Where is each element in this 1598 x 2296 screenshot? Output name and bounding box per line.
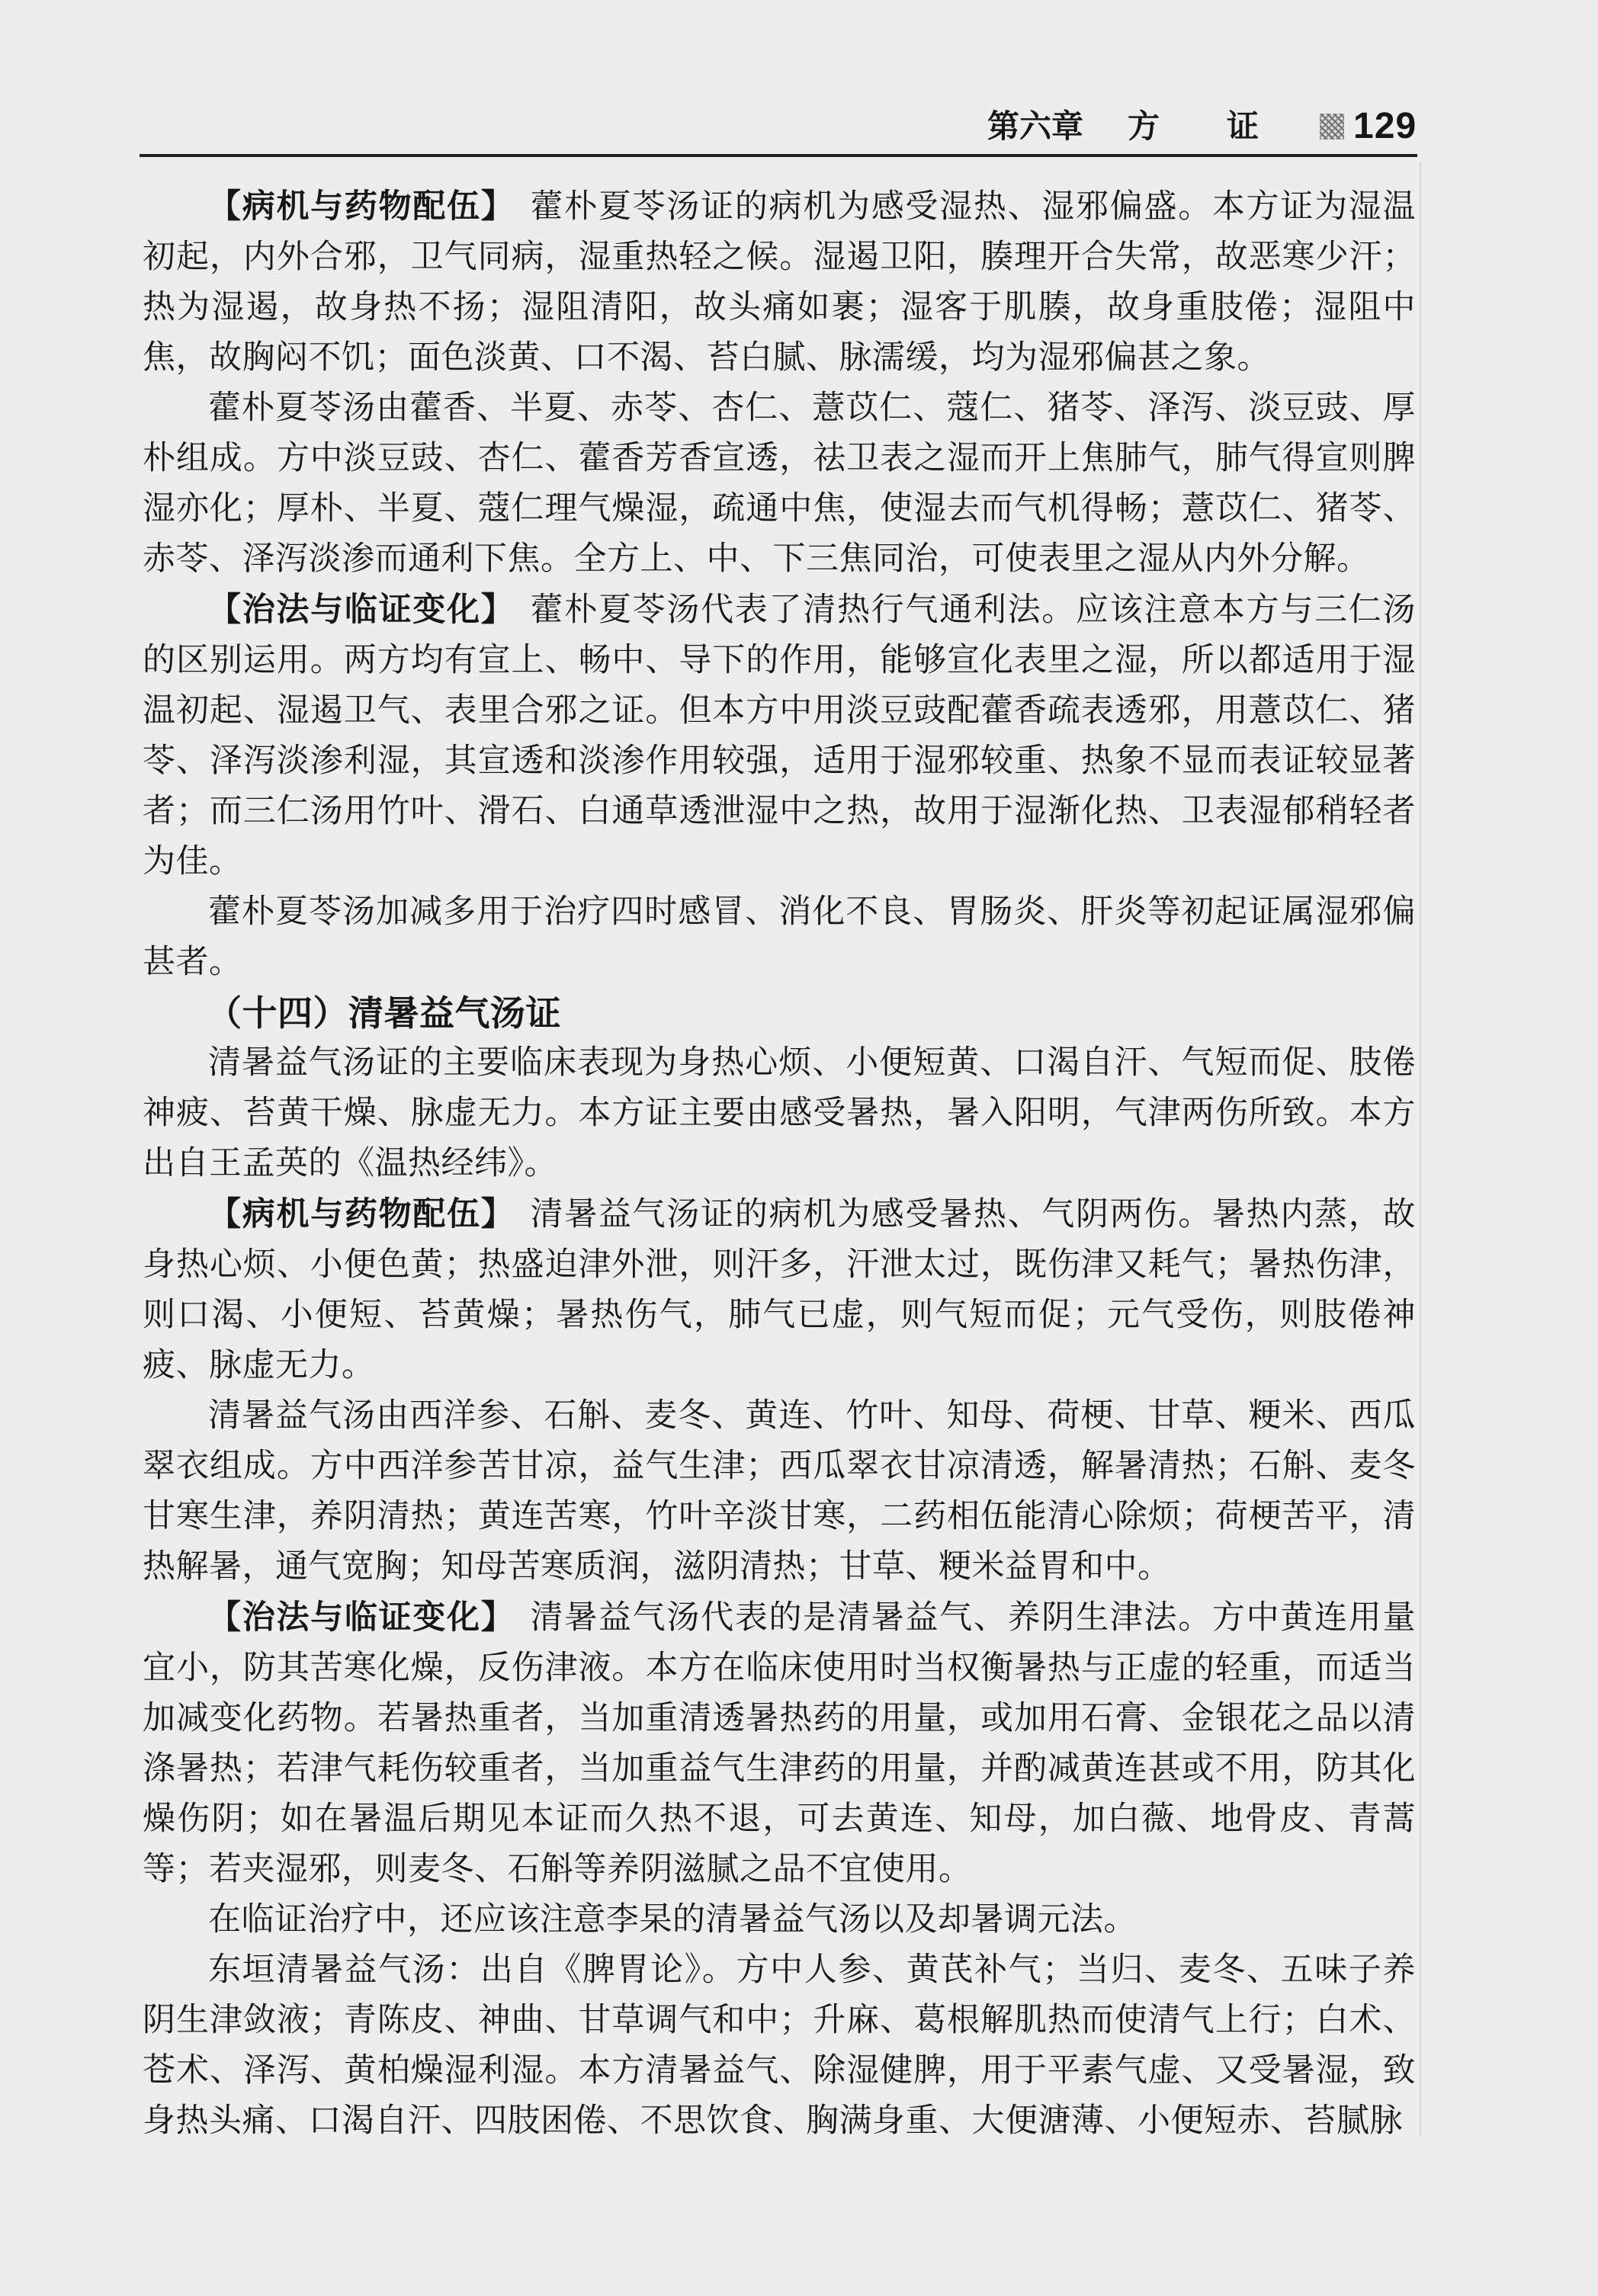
paragraph: 清暑益气汤证的主要临床表现为身热心烦、小便短黄、口渴自汗、气短而促、肢倦神疲、苔… bbox=[143, 1038, 1416, 1189]
chapter-title-word: 方 bbox=[1128, 107, 1160, 146]
paragraph: 藿朴夏苓汤加减多用于治疗四时感冒、消化不良、胃肠炎、肝炎等初起证属湿邪偏甚者。 bbox=[143, 887, 1416, 988]
running-head: 第六章 方 证 129 bbox=[987, 107, 1417, 146]
paragraph-text: 藿朴夏苓汤由藿香、半夏、赤苓、杏仁、薏苡仁、蔻仁、猪苓、泽泻、淡豆豉、厚朴组成。… bbox=[143, 390, 1416, 577]
section-label: 【治法与临证变化】 bbox=[208, 592, 515, 628]
paragraph: 【治法与临证变化】藿朴夏苓汤代表了清热行气通利法。应该注意本方与三仁汤的区别运用… bbox=[143, 585, 1416, 887]
paragraph-text: 清暑益气汤证的主要临床表现为身热心烦、小便短黄、口渴自汗、气短而促、肢倦神疲、苔… bbox=[143, 1045, 1416, 1182]
paragraph-text: 在临证治疗中，还应该注意李杲的清暑益气汤以及却暑调元法。 bbox=[208, 1902, 1137, 1938]
paragraph-text: 清暑益气汤代表的是清暑益气、养阴生津法。方中黄连用量宜小，防其苦寒化燥，反伤津液… bbox=[143, 1600, 1416, 1887]
chapter-title-word: 证 bbox=[1227, 107, 1259, 146]
paragraph-text: 藿朴夏苓汤代表了清热行气通利法。应该注意本方与三仁汤的区别运用。两方均有宣上、畅… bbox=[143, 592, 1416, 880]
paragraph-text: 藿朴夏苓汤加减多用于治疗四时感冒、消化不良、胃肠炎、肝炎等初起证属湿邪偏甚者。 bbox=[143, 894, 1416, 980]
paragraph: 【病机与药物配伍】清暑益气汤证的病机为感受暑热、气阴两伤。暑热内蒸，故身热心烦、… bbox=[143, 1189, 1416, 1391]
page-gutter-scan-line bbox=[1420, 162, 1421, 2136]
paragraph: 东垣清暑益气汤：出自《脾胃论》。方中人参、黄芪补气；当归、麦冬、五味子养阴生津敛… bbox=[143, 1945, 1416, 2147]
chapter-label: 第六章 bbox=[987, 107, 1083, 146]
paragraph-text: 东垣清暑益气汤：出自《脾胃论》。方中人参、黄芪补气；当归、麦冬、五味子养阴生津敛… bbox=[143, 1952, 1416, 2139]
paragraph: 在临证治疗中，还应该注意李杲的清暑益气汤以及却暑调元法。 bbox=[143, 1895, 1416, 1945]
paragraph: 【病机与药物配伍】藿朴夏苓汤证的病机为感受湿热、湿邪偏盛。本方证为湿温初起，内外… bbox=[143, 181, 1416, 383]
hatched-square-icon bbox=[1320, 114, 1344, 139]
section-label: 【病机与药物配伍】 bbox=[208, 188, 515, 225]
paragraph: 藿朴夏苓汤由藿香、半夏、赤苓、杏仁、薏苡仁、蔻仁、猪苓、泽泻、淡豆豉、厚朴组成。… bbox=[143, 383, 1416, 585]
paragraph: 清暑益气汤由西洋参、石斛、麦冬、黄连、竹叶、知母、荷梗、甘草、粳米、西瓜翠衣组成… bbox=[143, 1391, 1416, 1592]
page-body: 【病机与药物配伍】藿朴夏苓汤证的病机为感受湿热、湿邪偏盛。本方证为湿温初起，内外… bbox=[143, 181, 1416, 2147]
section-label: 【治法与临证变化】 bbox=[208, 1599, 515, 1636]
header-rule bbox=[140, 154, 1417, 157]
paragraph-text: 清暑益气汤由西洋参、石斛、麦冬、黄连、竹叶、知母、荷梗、甘草、粳米、西瓜翠衣组成… bbox=[143, 1398, 1416, 1585]
section-label: 【病机与药物配伍】 bbox=[208, 1196, 515, 1233]
book-page: 第六章 方 证 129 【病机与药物配伍】藿朴夏苓汤证的病机为感受湿热、湿邪偏盛… bbox=[0, 0, 1598, 2296]
page-number: 129 bbox=[1353, 107, 1417, 146]
paragraph: 【治法与临证变化】清暑益气汤代表的是清暑益气、养阴生津法。方中黄连用量宜小，防其… bbox=[143, 1592, 1416, 1895]
section-heading: （十四）清暑益气汤证 bbox=[143, 988, 1416, 1038]
